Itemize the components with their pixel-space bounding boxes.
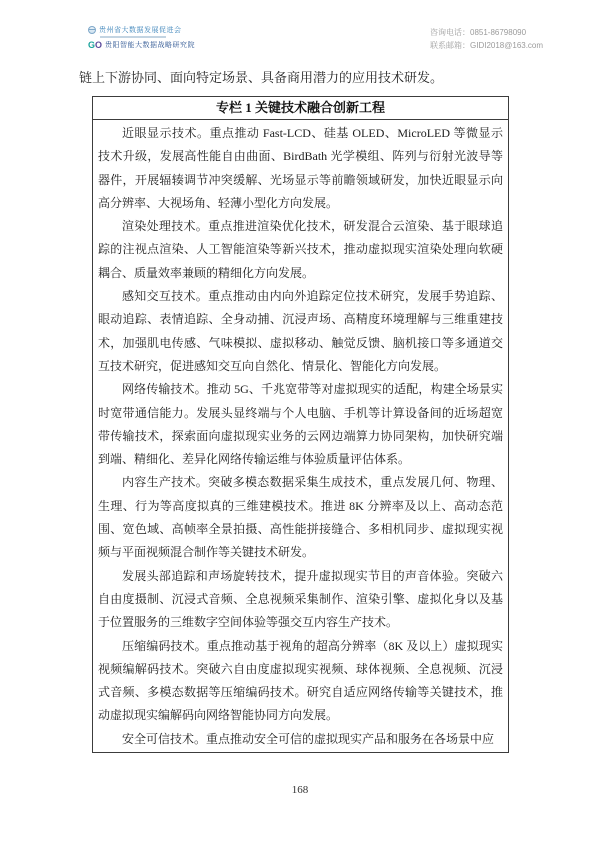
gidi-monogram-g: G — [88, 40, 95, 50]
logo-english-subtext-line — [100, 36, 166, 38]
panel-paragraph: 网络传输技术。推动 5G、千兆宽带等对虚拟现实的适配，构建全场景实时宽带通信能力… — [98, 378, 503, 471]
panel-title: 专栏 1 关键技术融合创新工程 — [93, 97, 508, 120]
panel-paragraph: 感知交互技术。重点推动由内向外追踪定位技术研究，发展手势追踪、眼动追踪、表情追踪… — [98, 285, 503, 378]
logo-institute-name: 贵阳智能大数据战略研究院 — [105, 40, 195, 50]
logo-institute: GO 贵阳智能大数据战略研究院 — [88, 40, 195, 50]
panel-paragraph: 安全可信技术。重点推动安全可信的虚拟现实产品和服务在各场景中应 — [98, 728, 503, 751]
globe-icon — [88, 26, 96, 34]
contact-email-value: GIDI2018@163.com — [470, 41, 543, 50]
panel-paragraph: 渲染处理技术。重点推进渲染优化技术，研发混合云渲染、基于眼球追踪的注视点渲染、人… — [98, 215, 503, 285]
gidi-monogram-o: O — [95, 40, 102, 50]
logo-association: 贵州省大数据发展促进会 — [88, 25, 195, 35]
contact-email-line: 联系邮箱：GIDI2018@163.com — [430, 39, 543, 52]
contact-phone-value: 0851-86798090 — [470, 28, 526, 37]
document-page: 贵州省大数据发展促进会 GO 贵阳智能大数据战略研究院 咨询电话：0851-86… — [0, 0, 600, 848]
panel-paragraph: 近眼显示技术。重点推动 Fast-LCD、硅基 OLED、MicroLED 等微… — [98, 122, 503, 215]
header-contact: 咨询电话：0851-86798090 联系邮箱：GIDI2018@163.com — [430, 26, 543, 52]
gidi-monogram-icon: GO — [88, 40, 102, 50]
logo-association-name: 贵州省大数据发展促进会 — [99, 25, 182, 35]
panel-body: 近眼显示技术。重点推动 Fast-LCD、硅基 OLED、MicroLED 等微… — [93, 120, 508, 751]
panel-paragraph: 内容生产技术。突破多模态数据采集生成技术，重点发展几何、物理、生理、行为等高度拟… — [98, 471, 503, 564]
contact-phone-label: 咨询电话： — [430, 28, 470, 37]
panel-paragraph: 发展头部追踪和声场旋转技术，提升虚拟现实节目的声音体验。突破六自由度摄制、沉浸式… — [98, 565, 503, 635]
page-number: 168 — [0, 784, 600, 796]
header-logos: 贵州省大数据发展促进会 GO 贵阳智能大数据战略研究院 — [88, 25, 195, 50]
panel-paragraph: 压缩编码技术。重点推动基于视角的超高分辨率（8K 及以上）虚拟现实视频编解码技术… — [98, 635, 503, 728]
intro-paragraph: 链上下游协同、面向特定场景、具备商用潜力的应用技术研发。 — [79, 69, 525, 87]
contact-phone-line: 咨询电话：0851-86798090 — [430, 26, 543, 39]
feature-panel: 专栏 1 关键技术融合创新工程 近眼显示技术。重点推动 Fast-LCD、硅基 … — [92, 96, 509, 753]
contact-email-label: 联系邮箱： — [430, 41, 470, 50]
